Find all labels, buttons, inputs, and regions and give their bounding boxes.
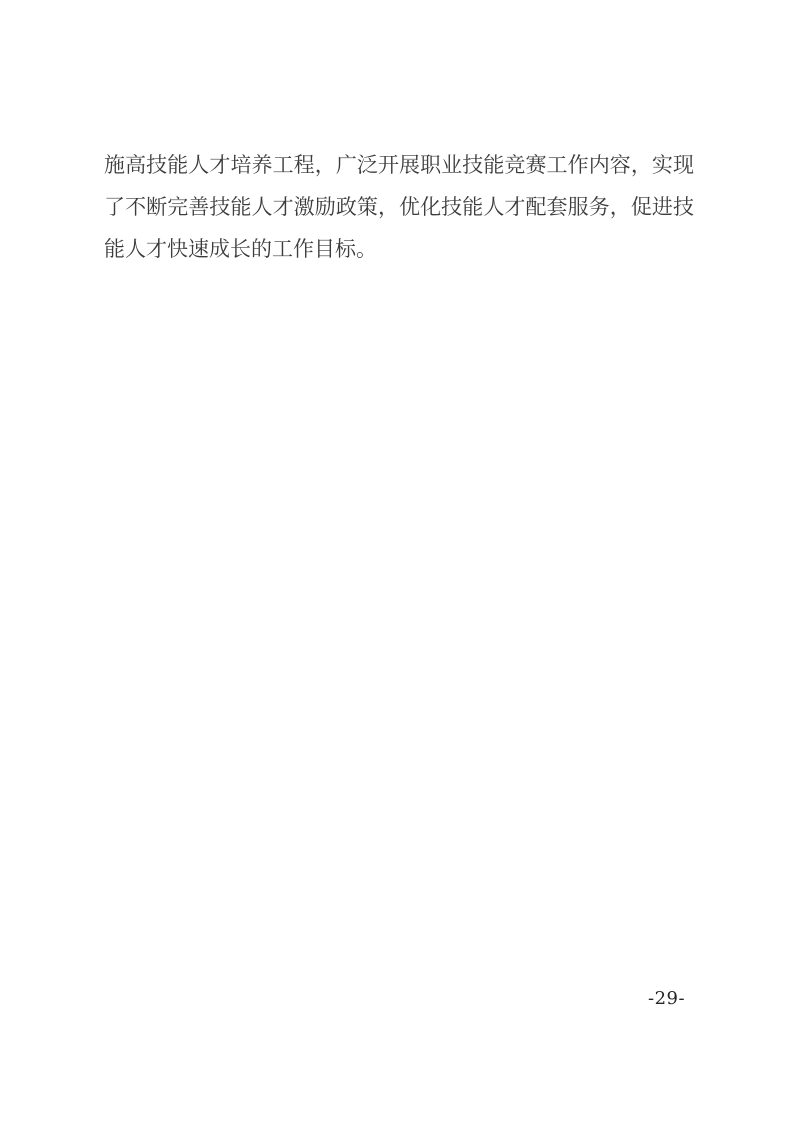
page-number: -29-: [648, 988, 685, 1009]
document-page: 施高技能人才培养工程，广泛开展职业技能竞赛工作内容，实现了不断完善技能人才激励政…: [0, 0, 793, 1122]
body-paragraph: 施高技能人才培养工程，广泛开展职业技能竞赛工作内容，实现了不断完善技能人才激励政…: [104, 144, 694, 270]
